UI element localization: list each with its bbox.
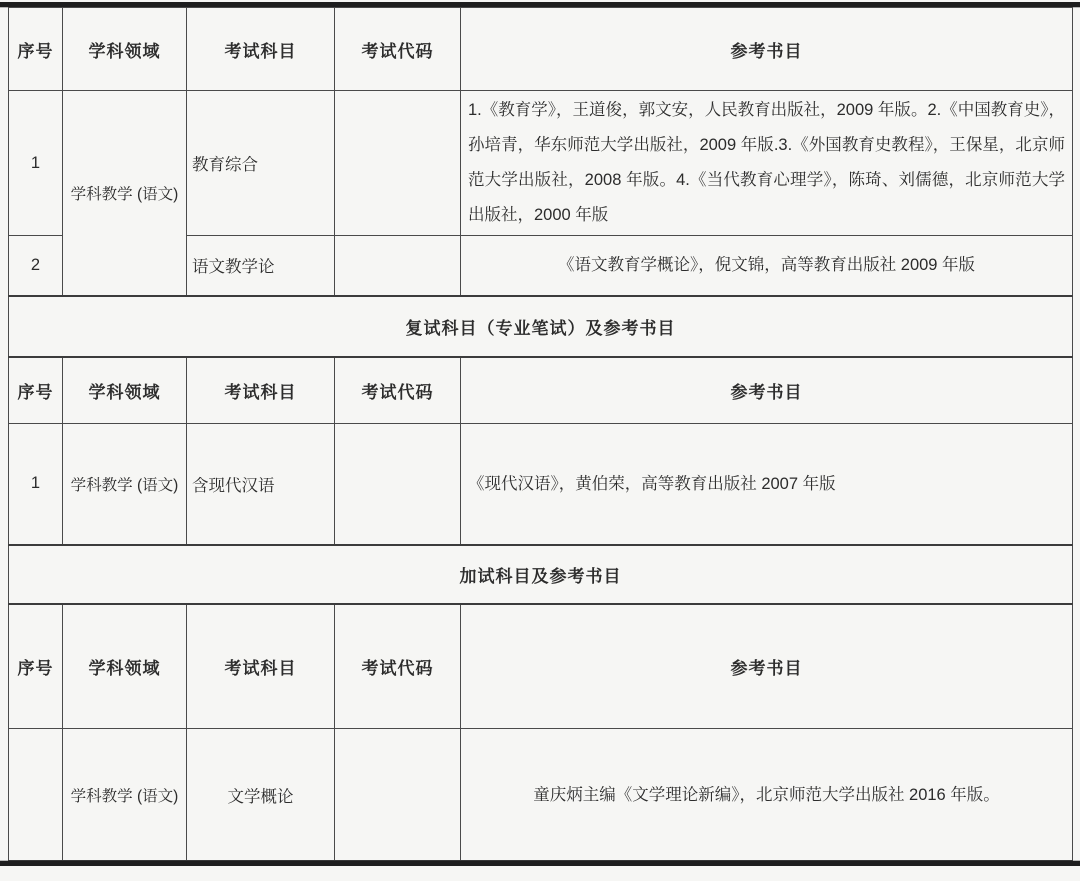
cell-serial: 2 [9, 236, 63, 296]
header-row-additional: 序号 学科领域 考试科目 考试代码 参考书目 [9, 604, 1073, 729]
header-exam-subject: 考试科目 [187, 604, 335, 729]
cell-exam-code [335, 236, 461, 296]
header-serial: 序号 [9, 604, 63, 729]
header-row-retest: 序号 学科领域 考试科目 考试代码 参考书目 [9, 357, 1073, 424]
header-reference-books: 参考书目 [461, 8, 1073, 91]
section-title: 加试科目及参考书目 [9, 545, 1073, 604]
table-row: 1 学科教学 (语文) 教育综合 1.《教育学》，王道俊，郭文安，人民教育出版社… [9, 91, 1073, 236]
cell-serial: 1 [9, 91, 63, 236]
cell-serial [9, 729, 63, 861]
cell-subject-area: 学科教学 (语文) [63, 424, 187, 545]
cell-exam-subject: 文学概论 [187, 729, 335, 861]
header-exam-subject: 考试科目 [187, 357, 335, 424]
cell-exam-code [335, 729, 461, 861]
header-serial: 序号 [9, 357, 63, 424]
section-title: 复试科目（专业笔试）及参考书目 [9, 296, 1073, 357]
cell-subject-area: 学科教学 (语文) [63, 91, 187, 296]
cell-exam-subject: 教育综合 [187, 91, 335, 236]
cell-exam-subject: 含现代汉语 [187, 424, 335, 545]
document-page: 序号 学科领域 考试科目 考试代码 参考书目 1 学科教学 (语文) 教育综合 … [0, 2, 1080, 881]
header-subject-area: 学科领域 [63, 604, 187, 729]
header-serial: 序号 [9, 8, 63, 91]
cell-exam-subject: 语文教学论 [187, 236, 335, 296]
section-divider-additional: 加试科目及参考书目 [9, 545, 1073, 604]
cell-serial: 1 [9, 424, 63, 545]
cell-exam-code [335, 91, 461, 236]
cell-reference-books: 1.《教育学》，王道俊，郭文安，人民教育出版社，2009 年版。2.《中国教育史… [461, 91, 1073, 236]
exam-reference-table: 序号 学科领域 考试科目 考试代码 参考书目 1 学科教学 (语文) 教育综合 … [8, 7, 1073, 861]
cell-exam-code [335, 424, 461, 545]
cell-subject-area: 学科教学 (语文) [63, 729, 187, 861]
header-reference-books: 参考书目 [461, 604, 1073, 729]
bottom-thick-rule [0, 861, 1080, 866]
header-reference-books: 参考书目 [461, 357, 1073, 424]
header-exam-code: 考试代码 [335, 604, 461, 729]
cell-reference-books: 《现代汉语》，黄伯荣，高等教育出版社 2007 年版 [461, 424, 1073, 545]
header-exam-subject: 考试科目 [187, 8, 335, 91]
cell-reference-books: 童庆炳主编《文学理论新编》，北京师范大学出版社 2016 年版。 [461, 729, 1073, 861]
cell-reference-books: 《语文教育学概论》，倪文锦，高等教育出版社 2009 年版 [461, 236, 1073, 296]
table-row: 1 学科教学 (语文) 含现代汉语 《现代汉语》，黄伯荣，高等教育出版社 200… [9, 424, 1073, 545]
header-subject-area: 学科领域 [63, 8, 187, 91]
table-row: 学科教学 (语文) 文学概论 童庆炳主编《文学理论新编》，北京师范大学出版社 2… [9, 729, 1073, 861]
header-exam-code: 考试代码 [335, 8, 461, 91]
header-exam-code: 考试代码 [335, 357, 461, 424]
section-divider-retest: 复试科目（专业笔试）及参考书目 [9, 296, 1073, 357]
header-row-initial: 序号 学科领域 考试科目 考试代码 参考书目 [9, 8, 1073, 91]
header-subject-area: 学科领域 [63, 357, 187, 424]
